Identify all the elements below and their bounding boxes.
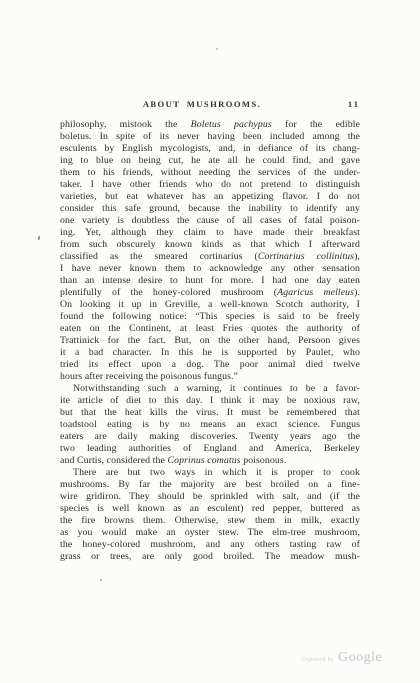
text-line: two leading authorities of England and A… xyxy=(60,443,360,455)
text-line: philosophy, mistook the Boletus pachypus… xyxy=(60,119,360,131)
header-title: ABOUT MUSHROOMS. xyxy=(143,99,261,109)
text-line: There are but two ways in which it is pr… xyxy=(60,467,360,479)
text-line: them to his friends, without needing the… xyxy=(60,167,360,179)
scan-speck xyxy=(100,579,102,581)
text-line: than an intense desire to hunt for more.… xyxy=(60,275,360,287)
book-page: ABOUT MUSHROOMS. 11 philosophy, mistook … xyxy=(0,0,420,683)
scan-speck xyxy=(38,236,41,240)
text-line: varieties, but eat whatever has an appet… xyxy=(60,191,360,203)
text-line: it a bad character. In this he is suppor… xyxy=(60,347,360,359)
text-line: mushrooms. By far the majority are best … xyxy=(60,479,360,491)
watermark: Digitized by Google xyxy=(302,650,382,666)
page-body: philosophy, mistook the Boletus pachypus… xyxy=(60,119,360,563)
text-line: the fire browns them. Otherwise, stew th… xyxy=(60,515,360,527)
paragraph: There are but two ways in which it is pr… xyxy=(60,467,360,563)
text-line: eaten on the Continent, at least Fries q… xyxy=(60,323,360,335)
running-header: ABOUT MUSHROOMS. 11 xyxy=(60,99,360,109)
text-line: consider this safe ground, because the i… xyxy=(60,203,360,215)
page-number: 11 xyxy=(348,99,360,109)
text-line: ing to blue on being cut, he ate all he … xyxy=(60,155,360,167)
watermark-prefix: Digitized by xyxy=(302,657,334,663)
paragraph: philosophy, mistook the Boletus pachypus… xyxy=(60,119,360,383)
text-line: one variety is doubtless the cause of al… xyxy=(60,215,360,227)
text-line: tried its effect upon a dog. The poor an… xyxy=(60,359,360,371)
text-line: hours after receiving the poisonous fung… xyxy=(60,371,360,383)
text-line: classified as the smeared cortinarius (C… xyxy=(60,251,360,263)
text-line: I have never known them to acknowledge a… xyxy=(60,263,360,275)
text-line: plentifully of the honey-colored mushroo… xyxy=(60,287,360,299)
google-logo: Google xyxy=(338,650,382,666)
scan-speck xyxy=(216,48,218,50)
text-line: esculents by English mycologists, and, i… xyxy=(60,143,360,155)
text-line: grass or trees, are only good broiled. T… xyxy=(60,551,360,563)
text-line: ite article of diet to this day. I think… xyxy=(60,395,360,407)
text-line: On looking it up in Greville, a well-kno… xyxy=(60,299,360,311)
text-line: Notwithstanding such a warning, it conti… xyxy=(60,383,360,395)
text-line: species is well known as an esculent) re… xyxy=(60,503,360,515)
text-line: Trattinick for the fact. But, on the oth… xyxy=(60,335,360,347)
text-line: but that the heat kills the virus. It mu… xyxy=(60,407,360,419)
text-line: and Curtis, considered the Coprinus coma… xyxy=(60,455,360,467)
text-line: as you would make an oyster stew. The el… xyxy=(60,527,360,539)
text-line: wire gridiron. They should be sprinkled … xyxy=(60,491,360,503)
text-line: from such obscurely known kinds as that … xyxy=(60,239,360,251)
text-line: ing. Yet, although they claim to have ma… xyxy=(60,227,360,239)
text-line: eaters are daily making discoveries. Twe… xyxy=(60,431,360,443)
paragraph: Notwithstanding such a warning, it conti… xyxy=(60,383,360,467)
text-line: taker. I have other friends who do not p… xyxy=(60,179,360,191)
text-line: found the following notice: “This specie… xyxy=(60,311,360,323)
text-line: toadstool eating is by no means an exact… xyxy=(60,419,360,431)
text-line: the honey-colored mushroom, and any othe… xyxy=(60,539,360,551)
text-line: boletus. In spite of its never having be… xyxy=(60,131,360,143)
text-block: ABOUT MUSHROOMS. 11 philosophy, mistook … xyxy=(60,99,360,563)
